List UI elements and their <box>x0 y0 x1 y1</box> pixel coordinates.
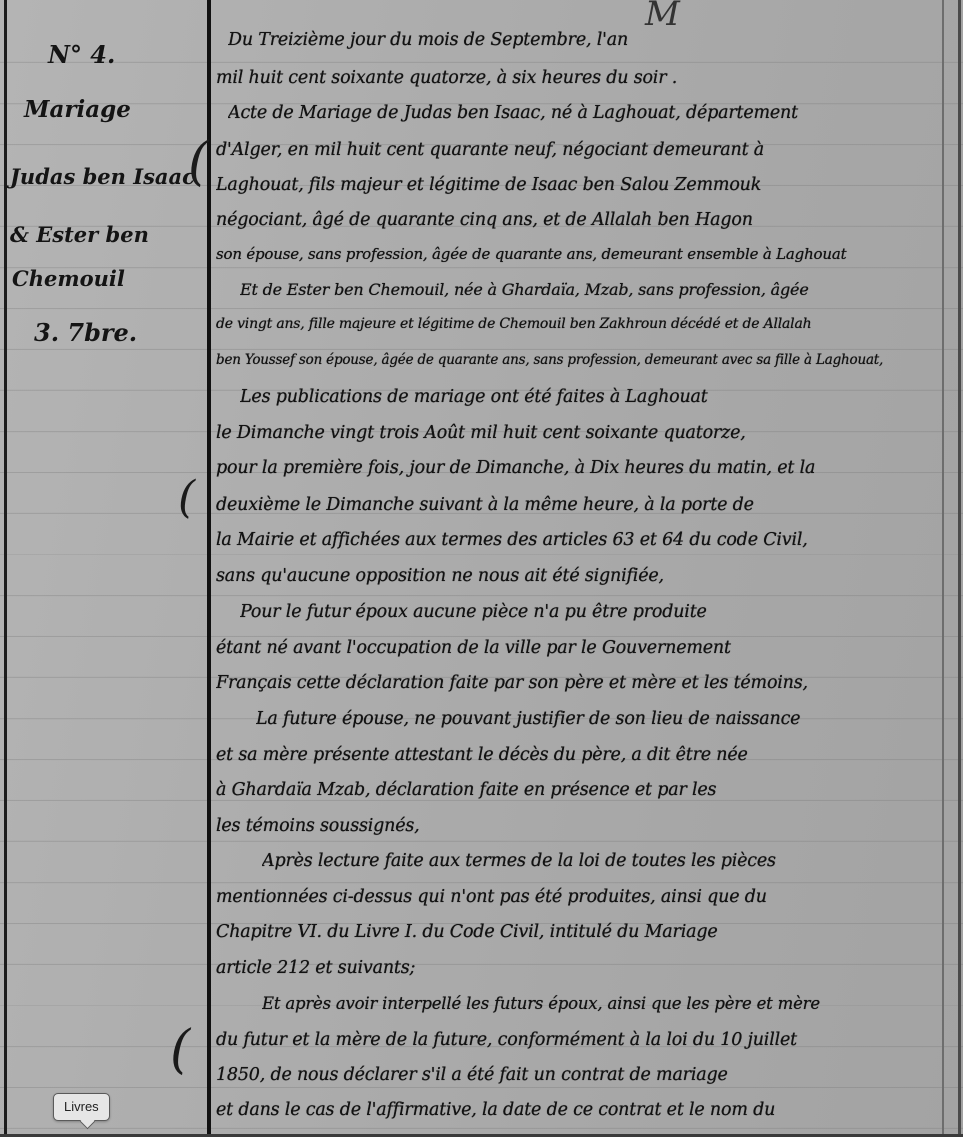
text-line: mentionnées ci-dessus qui n'ont pas été … <box>216 887 940 925</box>
text-line: ben Youssef son épouse, âgée de quarante… <box>216 352 940 390</box>
text-line: du futur et la mère de la future, confor… <box>216 1030 940 1068</box>
text-line: Acte de Mariage de Judas ben Isaac, né à… <box>228 103 952 141</box>
bracket-mark-2: ( <box>178 472 195 523</box>
text-line: étant né avant l'occupation de la ville … <box>216 638 940 676</box>
act-date: 3. 7bre. <box>34 318 137 347</box>
bride-prefix: & <box>10 222 29 247</box>
bride-name-line2: Chemouil <box>12 266 125 291</box>
text-line: et dans le cas de l'affirmative, la date… <box>216 1100 940 1137</box>
act-number: N° 4. <box>48 40 115 69</box>
margin-column: N° 4. Mariage Judas ben Isaac & Ester be… <box>10 0 205 1137</box>
text-line: de vingt ans, fille majeure et légitime … <box>216 316 940 354</box>
text-line: Les publications de mariage ont été fait… <box>240 387 963 425</box>
text-line: et sa mère présente attestant le décès d… <box>216 745 940 783</box>
bracket-mark-3: ( <box>170 1020 190 1080</box>
text-line: son épouse, sans profession, âgée de qua… <box>216 245 940 283</box>
bride-name-first: Ester ben <box>36 222 149 247</box>
groom-name: Judas ben Isaac <box>10 164 195 189</box>
act-body: Du Treizième jour du mois de Septembre, … <box>216 0 940 1137</box>
text-line: Pour le futur époux aucune pièce n'a pu … <box>240 602 963 640</box>
text-line: d'Alger, en mil huit cent quarante neuf,… <box>216 140 940 178</box>
text-line: La future épouse, ne pouvant justifier d… <box>256 709 963 747</box>
bride-name-line1: & Ester ben <box>10 222 149 247</box>
bracket-mark-1: ( <box>188 132 208 192</box>
act-type: Mariage <box>24 96 131 123</box>
text-line: 1850, de nous déclarer s'il a été fait u… <box>216 1065 940 1103</box>
text-line: négociant, âgé de quarante cinq ans, et … <box>216 210 940 248</box>
text-line: Du Treizième jour du mois de Septembre, … <box>228 30 952 68</box>
right-edge-rule <box>958 0 961 1137</box>
text-line: le Dimanche vingt trois Août mil huit ce… <box>216 423 940 461</box>
left-border-rule <box>4 0 7 1137</box>
text-line: deuxième le Dimanche suivant à la même h… <box>216 495 940 533</box>
text-line: Après lecture faite aux termes de la loi… <box>262 851 963 889</box>
livres-tooltip: Livres <box>53 1093 110 1121</box>
text-line: la Mairie et affichées aux termes des ar… <box>216 530 940 568</box>
document-viewer: N° 4. Mariage Judas ben Isaac & Ester be… <box>0 0 963 1137</box>
text-line: à Ghardaïa Mzab, déclaration faite en pr… <box>216 780 940 818</box>
text-line: mil huit cent soixante quatorze, à six h… <box>216 68 940 106</box>
text-line: Et après avoir interpellé les futurs épo… <box>262 994 963 1032</box>
text-line: Chapitre VI. du Livre I. du Code Civil, … <box>216 922 940 960</box>
right-border-rule <box>942 0 944 1137</box>
text-line: article 212 et suivants; <box>216 958 940 996</box>
text-line: pour la première fois, jour de Dimanche,… <box>216 458 940 496</box>
text-line: Français cette déclaration faite par son… <box>216 673 940 711</box>
text-line: sans qu'aucune opposition ne nous ait ét… <box>216 566 940 604</box>
text-line: Laghouat, fils majeur et légitime de Isa… <box>216 175 940 213</box>
text-line: Et de Ester ben Chemouil, née à Ghardaïa… <box>240 280 963 318</box>
text-line: les témoins soussignés, <box>216 816 940 854</box>
